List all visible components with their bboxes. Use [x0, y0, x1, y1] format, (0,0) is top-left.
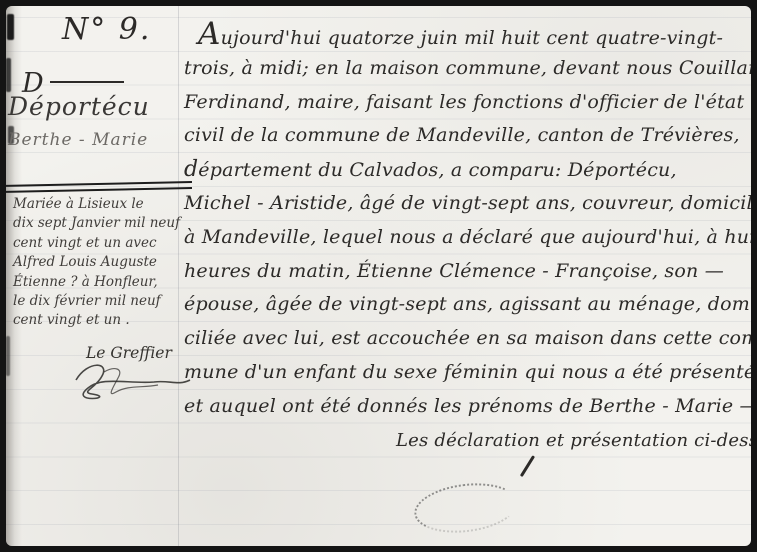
registry-scan-frame: N° 9. D Déportécu Berthe - Marie Mariée …: [0, 0, 757, 552]
act-body: Aujourd'hui quatorze juin mil huit cent …: [184, 18, 749, 457]
annotation-line: cent vingt et un avec: [13, 234, 193, 253]
flourish-dash: [50, 81, 124, 83]
annotation-line: Mariée à Lisieux le: [13, 195, 193, 214]
act-line: Les déclaration et présentation ci-dessu…: [184, 424, 749, 458]
margin-divider-rule: [6, 187, 192, 193]
annotation-line: dix sept Janvier mil neuf: [13, 214, 193, 233]
margin-divider-rule: [6, 181, 192, 187]
scan-smudge: [6, 336, 10, 376]
act-line: mune d'un enfant du sexe féminin qui nou…: [184, 356, 749, 390]
act-line: ciliée avec lui, est accouchée en sa mai…: [184, 322, 749, 356]
faint-stamp-trace: [411, 478, 520, 538]
act-line: à Mandeville, lequel nous a déclaré que …: [184, 221, 749, 255]
child-surname: Déportécu: [8, 92, 150, 121]
child-given-names: Berthe - Marie: [8, 130, 148, 150]
act-number: N° 9.: [62, 12, 151, 47]
act-line: Ferdinand, maire, faisant les fonctions …: [184, 86, 749, 120]
greffier-signature: [58, 358, 198, 406]
scan-smudge: [6, 58, 11, 92]
act-line: civil de la commune de Mandeville, canto…: [184, 119, 749, 153]
act-line: Aujourd'hui quatorze juin mil huit cent …: [184, 18, 749, 52]
act-line: et auquel ont été donnés les prénoms de …: [184, 390, 749, 424]
ink-stray-mark: [520, 455, 535, 477]
act-line: trois, à midi; en la maison commune, dev…: [184, 52, 749, 86]
annotation-line: le dix février mil neuf: [13, 292, 193, 311]
register-page: N° 9. D Déportécu Berthe - Marie Mariée …: [6, 6, 751, 546]
act-line: Michel - Aristide, âgé de vingt-sept ans…: [184, 187, 749, 221]
annotation-line: cent vingt et un .: [13, 311, 193, 330]
act-line: épouse, âgée de vingt-sept ans, agissant…: [184, 288, 749, 322]
act-line: heures du matin, Étienne Clémence - Fran…: [184, 255, 749, 289]
act-line: département du Calvados, a comparu: Dépo…: [184, 153, 749, 187]
annotation-line: Étienne ? à Honfleur,: [13, 273, 193, 292]
marriage-annotation: Mariée à Lisieux le dix sept Janvier mil…: [13, 195, 193, 331]
scan-smudge: [7, 14, 14, 40]
annotation-line: Alfred Louis Auguste: [13, 253, 193, 272]
